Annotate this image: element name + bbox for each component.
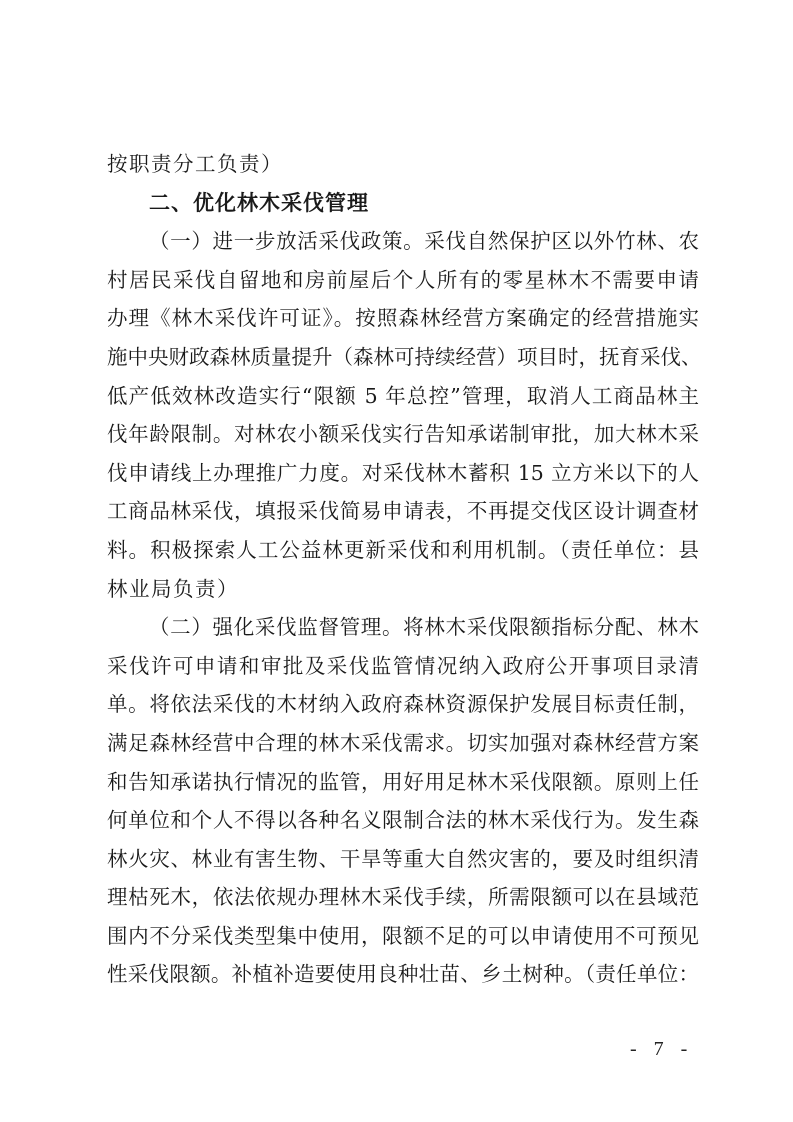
page-number: - 7 - xyxy=(630,1038,693,1061)
paragraph-line: 何单位和个人不得以各种名义限制合法的林木采伐行为。发生森 xyxy=(107,801,699,840)
paragraph-line: 理枯死木，依法依规办理林木采伐手续，所需限额可以在县域范 xyxy=(107,878,699,917)
paragraph-line: 单。将依法采伐的木材纳入政府森林资源保护发展目标责任制， xyxy=(107,685,699,724)
paragraph-line: 林业局负责） xyxy=(107,570,699,609)
paragraph-line: 料。积极探索人工公益林更新采伐和利用机制。（责任单位：县 xyxy=(107,531,699,570)
document-body: 按职责分工负责） 二、优化林木采伐管理 （一）进一步放活采伐政策。采伐自然保护区… xyxy=(107,145,699,994)
paragraph-line: 低产低效林改造实行“限额 5 年总控”管理，取消人工商品林主 xyxy=(107,377,699,416)
paragraph-line: 村居民采伐自留地和房前屋后个人所有的零星林木不需要申请 xyxy=(107,261,699,300)
paragraph-line: 办理《林木采伐许可证》。按照森林经营方案确定的经营措施实 xyxy=(107,299,699,338)
paragraph-line: （二）强化采伐监督管理。将林木采伐限额指标分配、林木 xyxy=(107,608,699,647)
paragraph-line: 围内不分采伐类型集中使用，限额不足的可以申请使用不可预见 xyxy=(107,917,699,956)
paragraph-line: 伐年龄限制。对林农小额采伐实行告知承诺制审批，加大林木采 xyxy=(107,415,699,454)
paragraph-line: 性采伐限额。补植补造要使用良种壮苗、乡土树种。（责任单位： xyxy=(107,955,699,994)
paragraph-line: 施中央财政森林质量提升（森林可持续经营）项目时，抚育采伐、 xyxy=(107,338,699,377)
paragraph-line: 采伐许可申请和审批及采伐监管情况纳入政府公开事项目录清 xyxy=(107,647,699,686)
paragraph-line: 林火灾、林业有害生物、干旱等重大自然灾害的，要及时组织清 xyxy=(107,840,699,879)
paragraph-line: 按职责分工负责） xyxy=(107,145,699,184)
paragraph-line: 伐申请线上办理推广力度。对采伐林木蓄积 15 立方米以下的人 xyxy=(107,454,699,493)
paragraph-line: 工商品林采伐，填报采伐简易申请表，不再提交伐区设计调查材 xyxy=(107,492,699,531)
section-heading: 二、优化林木采伐管理 xyxy=(107,184,699,223)
paragraph-line: 满足森林经营中合理的林木采伐需求。切实加强对森林经营方案 xyxy=(107,724,699,763)
paragraph-line: （一）进一步放活采伐政策。采伐自然保护区以外竹林、农 xyxy=(107,222,699,261)
paragraph-line: 和告知承诺执行情况的监管，用好用足林木采伐限额。原则上任 xyxy=(107,763,699,802)
